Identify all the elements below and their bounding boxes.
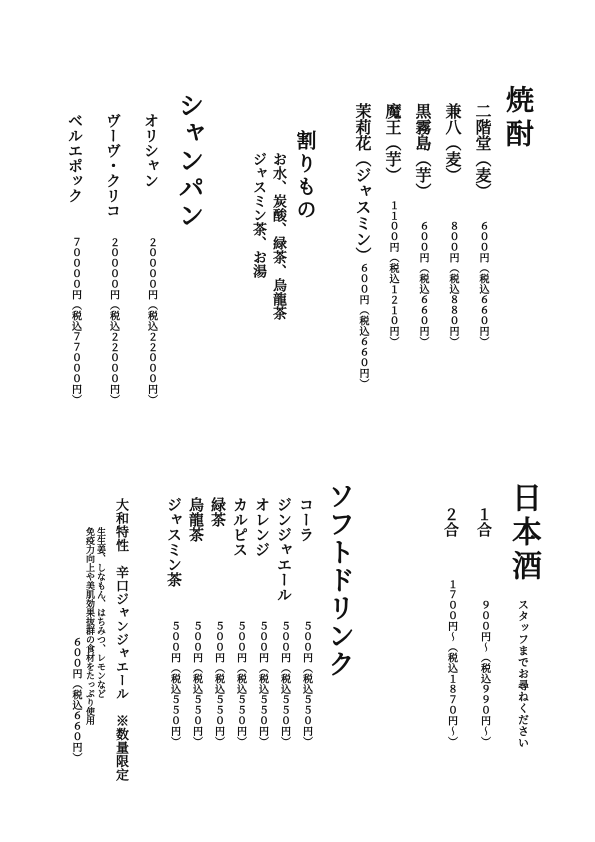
item-name: 兼八（麦） bbox=[444, 103, 460, 183]
item-price: ５００円（税込５５０円） bbox=[169, 621, 179, 747]
item-name: 黒霧島（芋） bbox=[414, 103, 430, 199]
item-name: ベルエポック bbox=[67, 113, 82, 203]
section-shochu: 焼酎 二階堂（麦） ６００円（税込６６０円） 兼八（麦） ８００円（税込８８０円… bbox=[340, 85, 532, 347]
section-title-softdrink: ソフトドリンク bbox=[325, 482, 352, 747]
item-name: ジンジャエール bbox=[276, 497, 291, 602]
menu-item: 魔王（芋） １１００円（税込１２１０円） bbox=[384, 85, 400, 347]
menu-item: ２合 １７００円～（税込１８７０円～） bbox=[443, 482, 458, 747]
item-price: ５００円（税込５５０円） bbox=[191, 621, 201, 747]
special-description-line: 免疫力向上や美肌効果抜群の食材をたっぷり使用 bbox=[84, 498, 93, 755]
section-title-sake: 日本酒 bbox=[508, 482, 538, 584]
warimono-line: ジャスミン茶、お湯 bbox=[252, 130, 266, 390]
section-warimono: 割りもの お水、炭酸、緑茶、烏龍茶 ジャスミン茶、お湯 bbox=[246, 130, 315, 390]
item-name: 茉莉花（ジャスミン） bbox=[354, 103, 370, 263]
menu-item: ヴーヴ・クリコ ２００００円（税込２２０００円） bbox=[105, 92, 120, 405]
warimono-line: お水、炭酸、緑茶、烏龍茶 bbox=[272, 130, 286, 390]
menu-item: 兼八（麦） ８００円（税込８８０円） bbox=[444, 85, 460, 347]
special-description: 生生姜、しなもん、はちみつ、レモンなど 免疫力向上や美肌効果抜群の食材をたっぷり… bbox=[84, 498, 104, 755]
menu-item: 茉莉花（ジャスミン） ６００円（税込６６０円） bbox=[354, 85, 370, 347]
menu-item: 烏龍茶 ５００円（税込５５０円） bbox=[188, 482, 203, 747]
item-name: オレンジ bbox=[254, 497, 269, 557]
item-price: ５００円（税込５５０円） bbox=[279, 621, 289, 747]
item-name: 二階堂（麦） bbox=[474, 103, 490, 199]
menu-item: １合 ９００円～（税込９９０円～） bbox=[476, 482, 491, 747]
item-price: ５００円（税込５５０円） bbox=[301, 621, 311, 747]
item-price: ５００円（税込５５０円） bbox=[257, 621, 267, 747]
menu-item: ベルエポック ７００００円（税込７７０００円） bbox=[67, 92, 82, 405]
item-name: 緑茶 bbox=[210, 497, 225, 527]
item-name: カルピス bbox=[232, 497, 247, 557]
special-title: 大和特性 辛口ジャンジャエール ※数量限定 bbox=[114, 498, 127, 755]
sake-title-block: 日本酒 スタッフまでお尋ねください bbox=[508, 482, 538, 747]
item-name: ジャスミン茶 bbox=[166, 497, 181, 587]
menu-item: 二階堂（麦） ６００円（税込６６０円） bbox=[474, 85, 490, 347]
section-champagne: シャンパン オリシャン ２００００円（税込２２０００円） ヴーヴ・クリコ ２００… bbox=[44, 92, 202, 405]
menu-item: 緑茶 ５００円（税込５５０円） bbox=[210, 482, 225, 747]
section-sake: 日本酒 スタッフまでお尋ねください １合 ９００円～（税込９９０円～） ２合 １… bbox=[425, 482, 538, 747]
menu-item: カルピス ５００円（税込５５０円） bbox=[232, 482, 247, 747]
item-price: ７００００円（税込７７０００円） bbox=[70, 237, 80, 405]
item-price: ９００円～（税込９９０円～） bbox=[479, 600, 489, 747]
item-price: ５００円（税込５５０円） bbox=[235, 621, 245, 747]
item-name: オリシャン bbox=[143, 113, 158, 188]
menu-item: 黒霧島（芋） ６００円（税込６６０円） bbox=[414, 85, 430, 347]
section-softdrink: ソフトドリンク コーラ ５００円（税込５５０円） ジンジャエール ５００円（税込… bbox=[159, 482, 352, 747]
section-title-warimono: 割りもの bbox=[295, 130, 315, 390]
item-price: １７００円～（税込１８７０円～） bbox=[446, 579, 456, 747]
menu-item: オリシャン ２００００円（税込２２０００円） bbox=[143, 92, 158, 405]
item-price: ６００円（税込６６０円） bbox=[417, 221, 427, 347]
menu-item: ジャスミン茶 ５００円（税込５５０円） bbox=[166, 482, 181, 747]
menu-item: ジンジャエール ５００円（税込５５０円） bbox=[276, 482, 291, 747]
menu-item: オレンジ ５００円（税込５５０円） bbox=[254, 482, 269, 747]
item-price: ２００００円（税込２２０００円） bbox=[146, 237, 156, 405]
item-price: ６００円（税込６６０円） bbox=[70, 498, 80, 755]
sake-note: スタッフまでお尋ねください bbox=[518, 599, 529, 749]
item-price: １１００円（税込１２１０円） bbox=[387, 200, 397, 347]
item-name: コーラ bbox=[298, 497, 313, 542]
section-special-gingerale: 大和特性 辛口ジャンジャエール ※数量限定 生生姜、しなもん、はちみつ、レモンな… bbox=[62, 498, 127, 755]
item-name: ヴーヴ・クリコ bbox=[105, 113, 120, 218]
item-price: ６００円（税込６６０円） bbox=[357, 263, 367, 389]
item-name: ２合 bbox=[443, 507, 458, 537]
item-price: ８００円（税込８８０円） bbox=[447, 221, 457, 347]
item-price: ２００００円（税込２２０００円） bbox=[108, 237, 118, 405]
item-name: 魔王（芋） bbox=[384, 103, 400, 183]
item-name: １合 bbox=[476, 507, 491, 537]
menu-item: コーラ ５００円（税込５５０円） bbox=[298, 482, 313, 747]
section-title-shochu: 焼酎 bbox=[504, 85, 532, 347]
menu-page: 焼酎 二階堂（麦） ６００円（税込６６０円） 兼八（麦） ８００円（税込８８０円… bbox=[0, 0, 595, 842]
item-price: ５００円（税込５５０円） bbox=[213, 621, 223, 747]
item-price: ６００円（税込６６０円） bbox=[477, 221, 487, 347]
special-description-line: 生生姜、しなもん、はちみつ、レモンなど bbox=[95, 498, 104, 755]
section-title-champagne: シャンパン bbox=[176, 92, 202, 405]
item-name: 烏龍茶 bbox=[188, 497, 203, 542]
